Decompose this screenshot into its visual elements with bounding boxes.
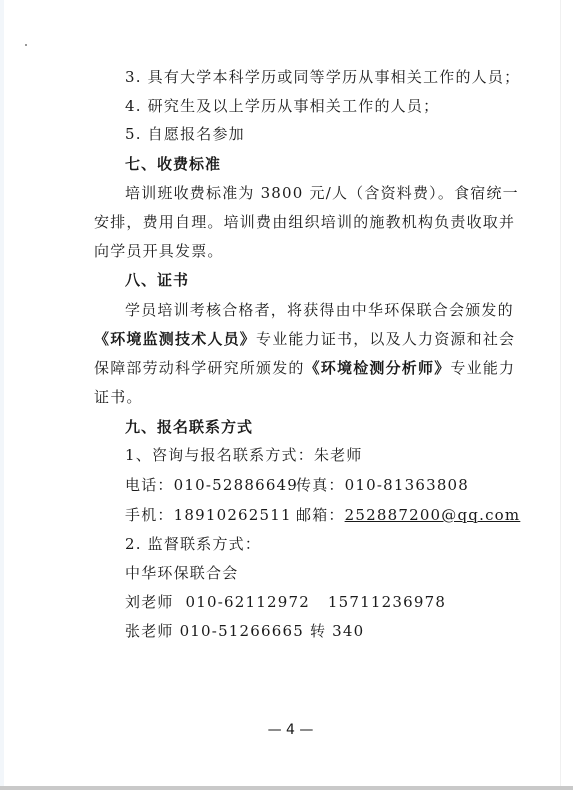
requirement-item-4: 4. 研究生及以上学历从事相关工作的人员；	[125, 96, 439, 116]
fees-paragraph-line: 培训班收费标准为 3800 元/人（含资料费）。食宿统一	[125, 183, 519, 203]
email-label: 邮箱：	[296, 506, 345, 524]
certificate-text: 专业能力证书，以及人力资源和社会	[256, 330, 515, 348]
certificate-paragraph-line: 证书。	[94, 387, 143, 407]
certificate-paragraph-line: 保障部劳动科学研究所颁发的《环境检测分析师》专业能力	[94, 358, 515, 378]
scan-speck	[25, 44, 27, 46]
certificate-text: 保障部劳动科学研究所颁发的	[94, 359, 305, 377]
requirement-item-3: 3. 具有大学本科学历或同等学历从事相关工作的人员；	[125, 67, 520, 87]
certificate-text: 专业能力	[450, 359, 515, 377]
email-field: 邮箱：252887200@qq.com	[296, 505, 520, 525]
section-heading-contact: 九、报名联系方式	[125, 417, 253, 437]
certificate-paragraph-line: 《环境监测技术人员》专业能力证书，以及人力资源和社会	[94, 329, 515, 349]
certificate-name-monitoring: 《环境监测技术人员》	[94, 330, 256, 348]
contact-liu: 刘老师 010-62112972 15711236978	[125, 592, 446, 612]
phone-fax-row: 电话：010-52886649 传真：010-81363808	[125, 475, 485, 495]
fax-number: 传真：010-81363808	[296, 475, 469, 495]
section-heading-certificate: 八、证书	[125, 270, 189, 290]
mobile-email-row: 手机：18910262511 邮箱：252887200@qq.com	[125, 505, 485, 525]
phone-number: 电话：010-52886649	[125, 476, 298, 494]
certificate-name-analyst: 《环境检测分析师》	[305, 359, 451, 377]
contact-zhang: 张老师 010-51266665 转 340	[125, 621, 364, 641]
document-page: 3. 具有大学本科学历或同等学历从事相关工作的人员； 4. 研究生及以上学历从事…	[0, 0, 573, 786]
fees-paragraph-line: 向学员开具发票。	[94, 241, 224, 261]
requirement-item-5: 5. 自愿报名参加	[125, 124, 245, 144]
organization-name: 中华环保联合会	[125, 563, 238, 583]
page-number: — 4 —	[4, 722, 573, 738]
consult-contact: 1、咨询与报名联系方式：朱老师	[125, 445, 363, 465]
email-link[interactable]: 252887200@qq.com	[345, 506, 521, 524]
scan-edge-line	[560, 0, 561, 786]
section-heading-fees: 七、收费标准	[125, 154, 221, 174]
supervise-contact-heading: 2. 监督联系方式：	[125, 534, 261, 554]
fees-paragraph-line: 安排，费用自理。培训费由组织培训的施教机构负责收取并	[94, 212, 515, 232]
certificate-paragraph-line: 学员培训考核合格者，将获得由中华环保联合会颁发的	[125, 300, 514, 320]
mobile-number: 手机：18910262511	[125, 506, 292, 524]
page-bottom-border	[0, 786, 573, 790]
